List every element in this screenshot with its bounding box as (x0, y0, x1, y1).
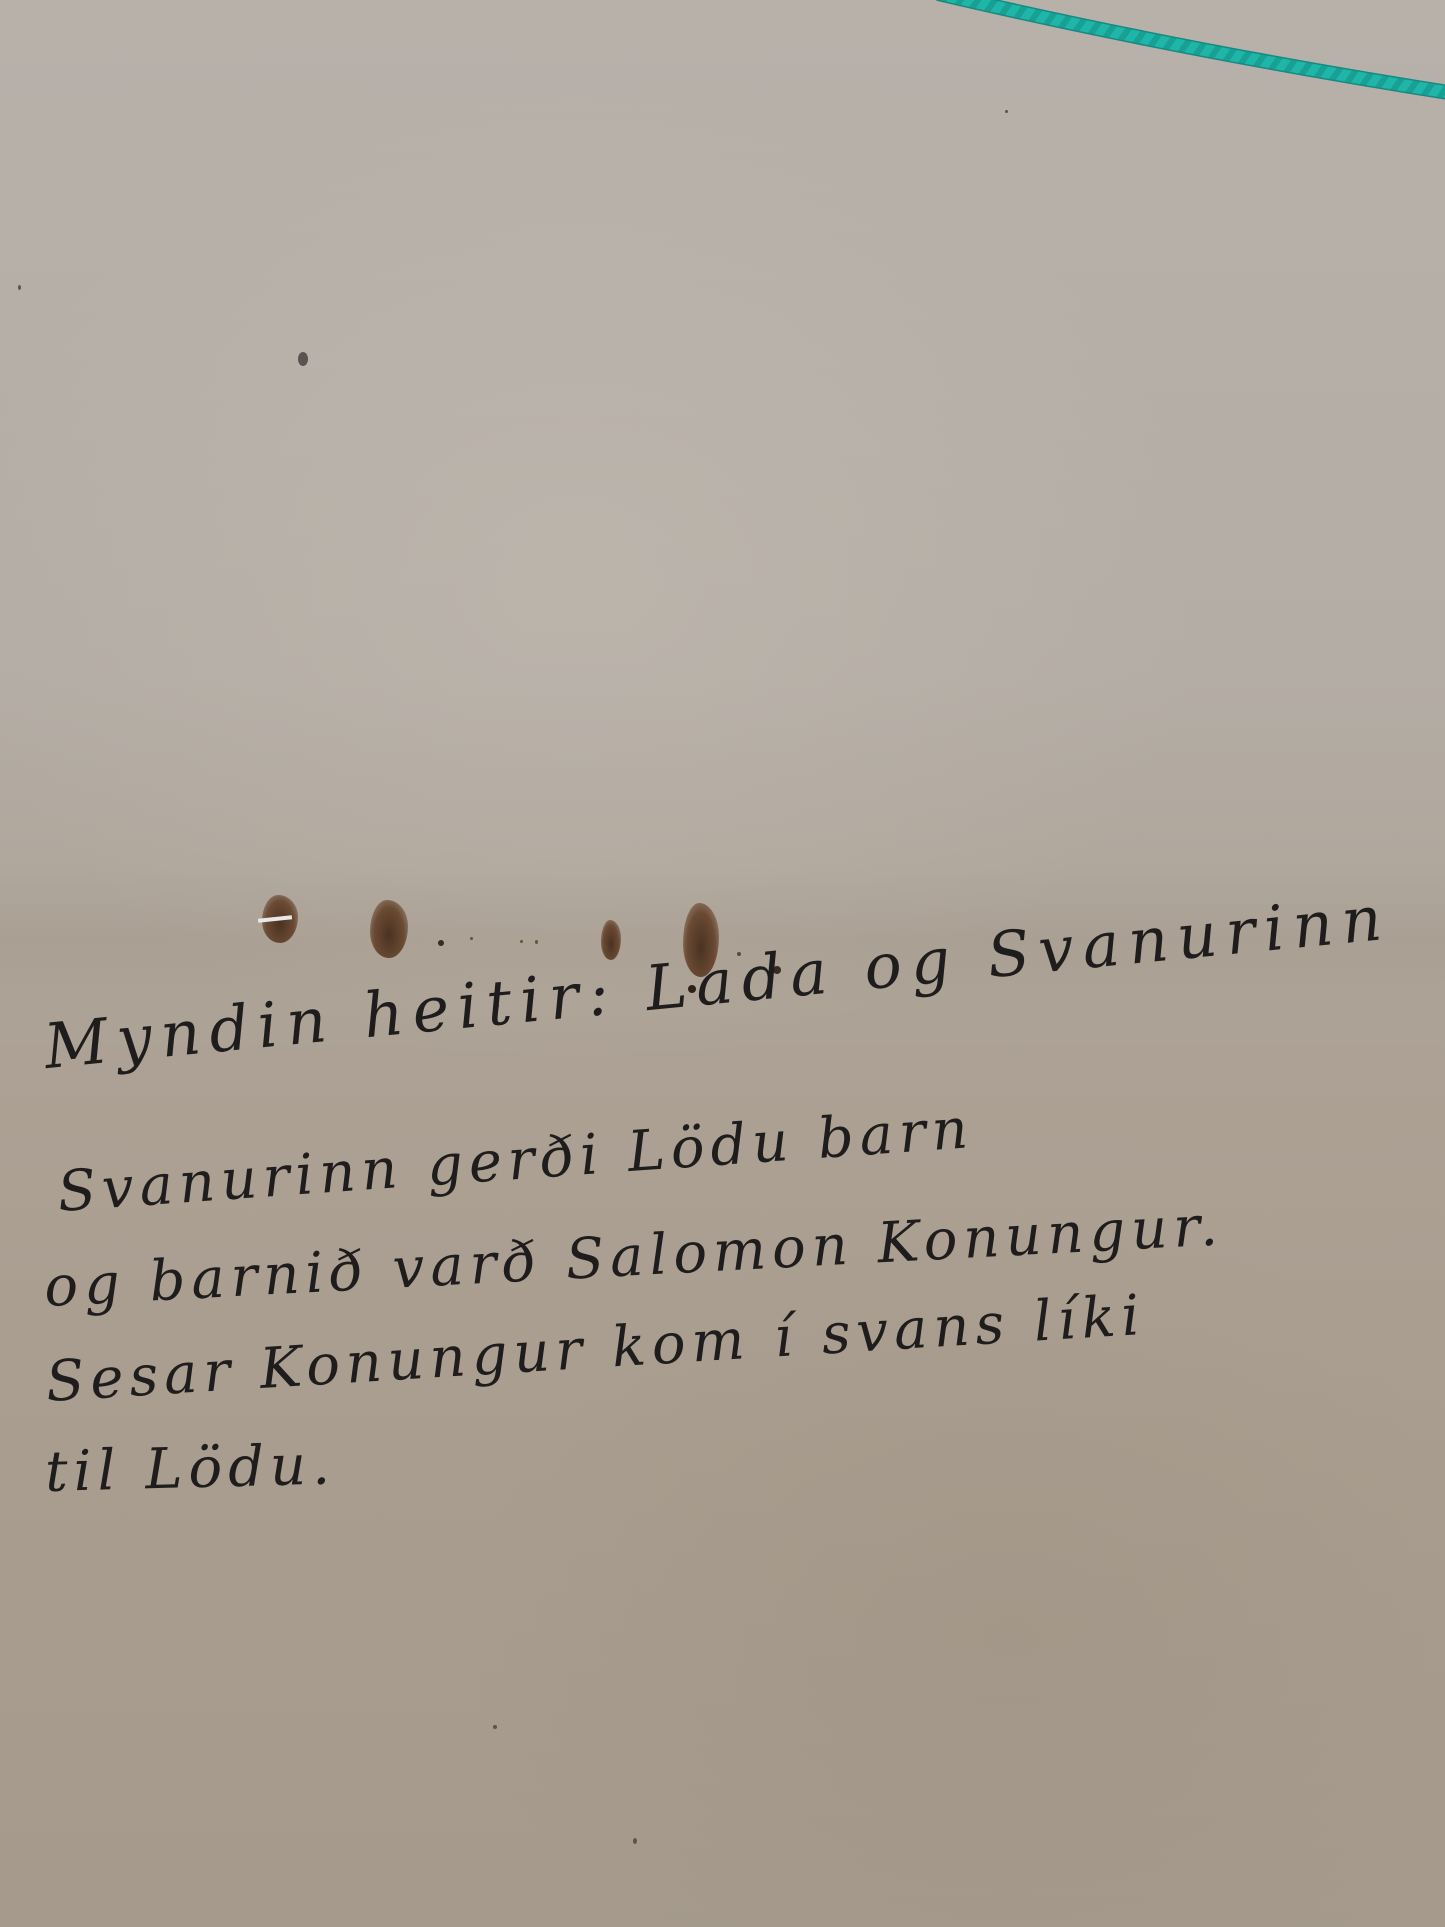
speck (1005, 110, 1008, 113)
speck (493, 1725, 497, 1729)
cardboard-backing: Myndin heitir: Lada og Svanurinn Svanuri… (0, 0, 1445, 1927)
hanging-cord (0, 0, 1445, 140)
speck (298, 352, 308, 366)
speck (633, 1838, 637, 1844)
speck (520, 940, 523, 943)
speck (438, 940, 444, 946)
speck (470, 937, 473, 940)
speck (18, 285, 21, 290)
inscription-line: Svanurinn gerði Lödu barn (55, 1096, 975, 1225)
speck (535, 940, 538, 944)
inscription-line: til Lödu. (44, 1432, 336, 1505)
